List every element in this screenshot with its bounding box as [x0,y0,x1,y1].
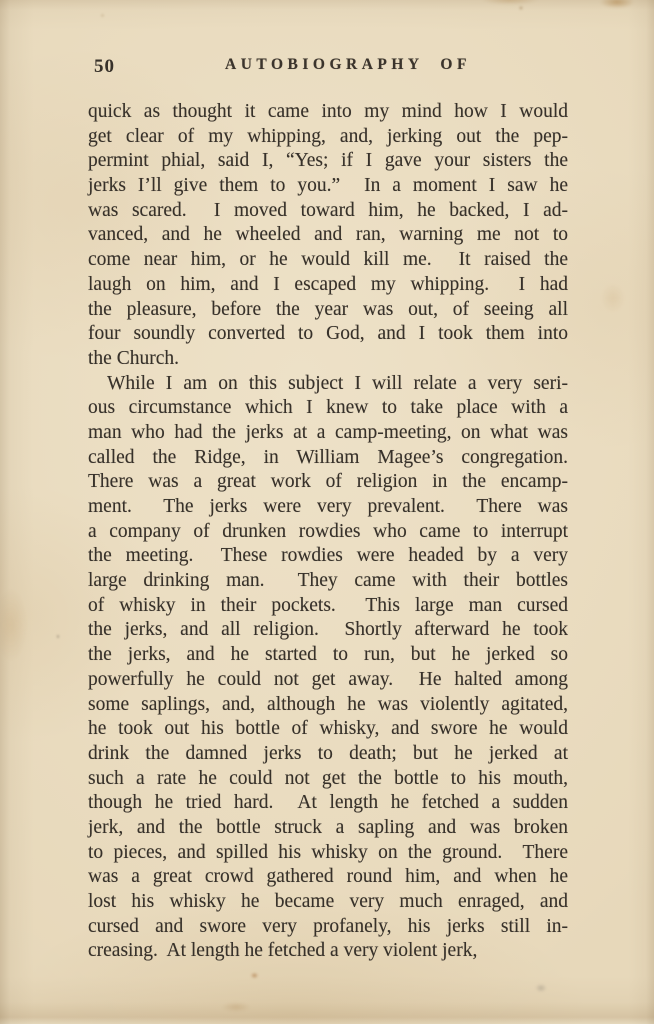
text-line: such a rate he could not get the bottle … [88,767,568,792]
text-line: cursed and swore very profanely, his jer… [88,915,568,940]
text-line: large drinking man. They came with their… [88,569,568,594]
text-line: powerfully he could not get away. He hal… [88,668,568,693]
running-header-row: 50 AUTOBIOGRAPHY OF [88,56,568,80]
foxing-spot [216,1000,256,1014]
running-title: AUTOBIOGRAPHY OF [108,56,588,74]
text-line: While I am on this subject I will relate… [88,372,568,397]
text-line: of whisky in their pockets. This large m… [88,594,568,619]
foxing-spot [470,0,550,7]
text-line: called the Ridge, in William Magee’s con… [88,446,568,471]
text-line: vanced, and he wheeled and ran, warning … [88,223,568,248]
text-line: get clear of my whipping, and, jerking o… [88,125,568,150]
text-line: ous circumstance which I knew to take pl… [88,396,568,421]
foxing-spot [56,634,60,639]
text-line: the jerks, and all religion. Shortly aft… [88,618,568,643]
foxing-spot [593,0,641,11]
foxing-spot [596,278,630,318]
foxing-spot [533,982,549,994]
text-line: he took out his bottle of whisky, and sw… [88,717,568,742]
text-line: the Church. [88,347,568,372]
text-line: man who had the jerks at a camp-meeting,… [88,421,568,446]
text-line: drink the damned jerks to death; but he … [88,742,568,767]
paragraph: While I am on this subject I will relate… [88,372,568,965]
text-line: quick as thought it came into my mind ho… [88,100,568,125]
text-line: come near him, or he would kill me. It r… [88,248,568,273]
text-line: was scared. I moved toward him, he backe… [88,199,568,224]
text-line: There was a great work of religion in th… [88,470,568,495]
text-line: laugh on him, and I escaped my whipping.… [88,273,568,298]
text-line: ment. The jerks were very prevalent. The… [88,495,568,520]
text-line: a company of drunken rowdies who came to… [88,520,568,545]
text-line: to pieces, and spilled his whisky on the… [88,841,568,866]
text-line: the pleasure, before the year was out, o… [88,298,568,323]
text-line: jerk, and the bottle struck a sapling an… [88,816,568,841]
text-line: was a great crowd gathered round him, an… [88,865,568,890]
type-area: 50 AUTOBIOGRAPHY OF quick as thought it … [88,56,568,964]
text-line: the meeting. These rowdies were headed b… [88,544,568,569]
foxing-spot [100,13,105,18]
text-line: though he tried hard. At length he fetch… [88,791,568,816]
text-line: creasing. At length he fetched a very vi… [88,939,568,964]
text-line: jerks I’ll give them to you.” In a momen… [88,174,568,199]
text-line: permint phial, said I, “Yes; if I gave y… [88,149,568,174]
text-line: the jerks, and he started to run, but he… [88,643,568,668]
foxing-spot [0,575,34,675]
text-line: lost his whisky he became very much enra… [88,890,568,915]
text-line: four soundly converted to God, and I too… [88,322,568,347]
foxing-spot [518,5,524,11]
page-body: quick as thought it came into my mind ho… [88,100,568,964]
paragraph: quick as thought it came into my mind ho… [88,100,568,372]
foxing-spot [249,971,260,980]
text-line: some saplings, and, although he was viol… [88,693,568,718]
book-page: 50 AUTOBIOGRAPHY OF quick as thought it … [0,0,654,1024]
